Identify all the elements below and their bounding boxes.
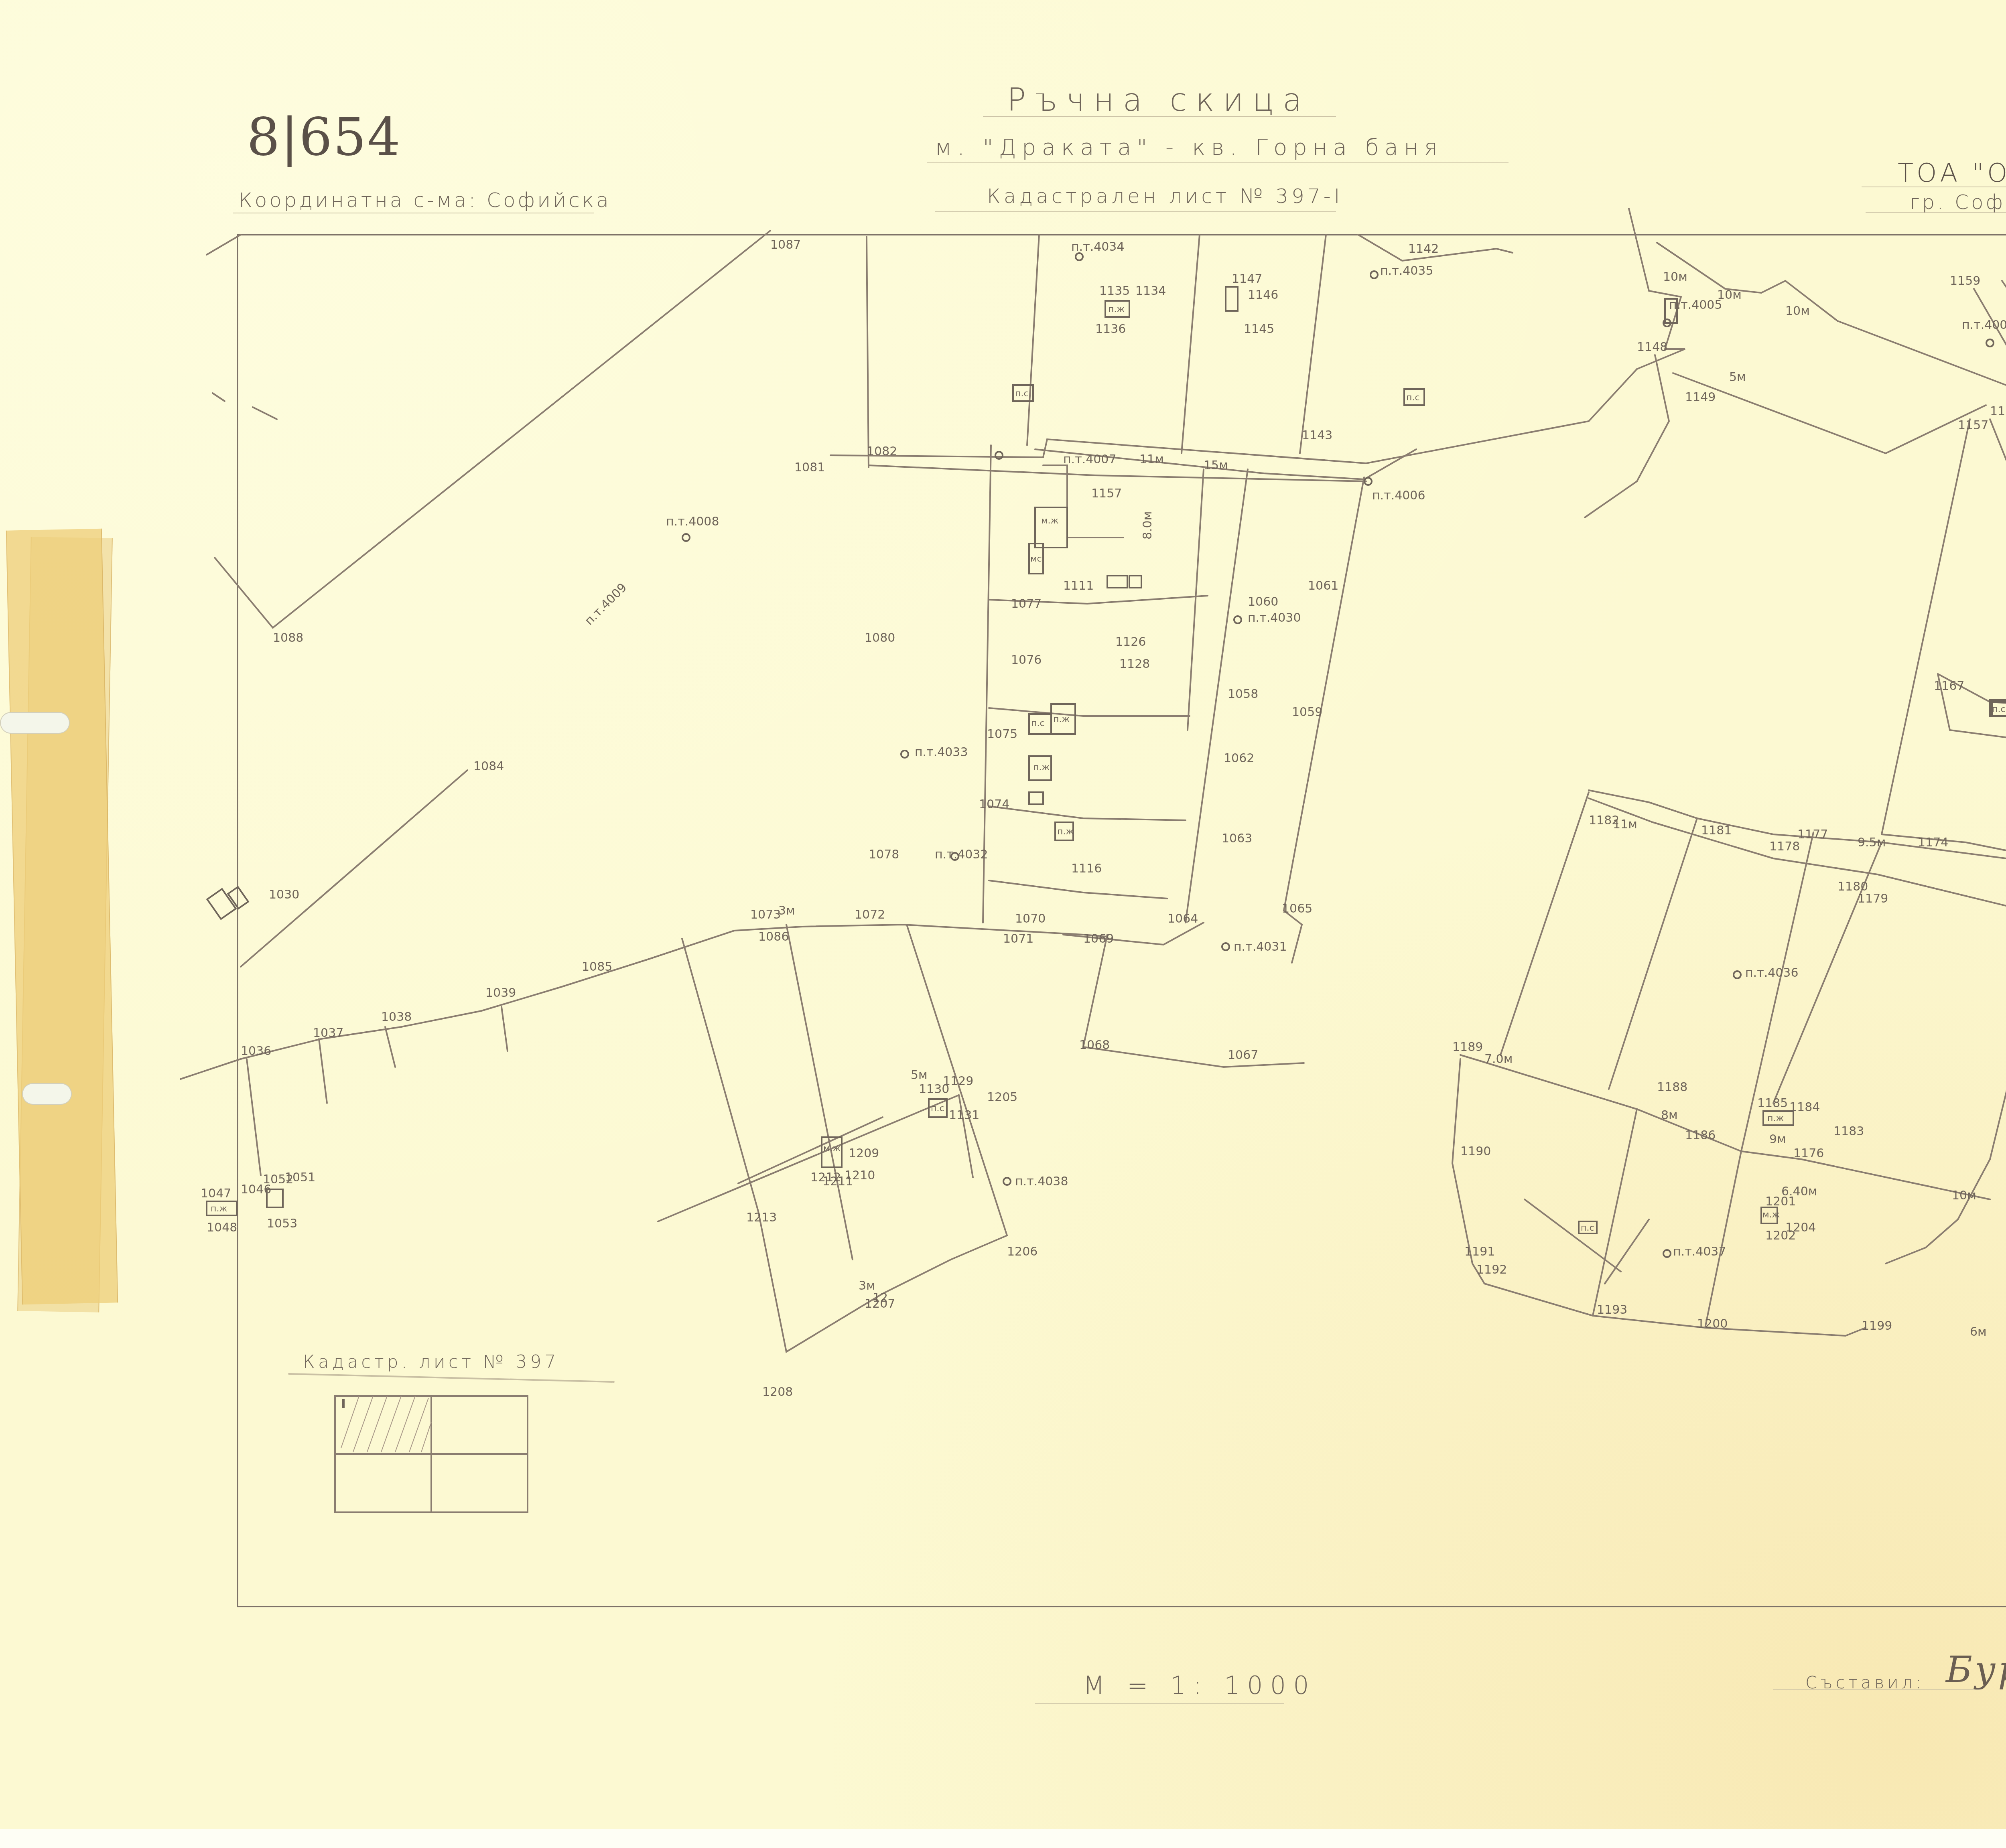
svg-text:1177: 1177 <box>1797 828 1828 842</box>
svg-text:1069: 1069 <box>1083 932 1114 946</box>
svg-text:п.с: п.с <box>1581 1223 1594 1233</box>
svg-text:1136: 1136 <box>1095 322 1126 336</box>
svg-text:10м: 10м <box>1663 270 1687 284</box>
svg-text:1156: 1156 <box>1990 404 2006 418</box>
svg-text:5м: 5м <box>911 1068 928 1082</box>
svg-text:1060: 1060 <box>1248 595 1278 609</box>
svg-text:9м: 9м <box>1769 1132 1786 1146</box>
svg-text:1178: 1178 <box>1769 840 1800 854</box>
svg-text:10м: 10м <box>1785 304 1810 318</box>
svg-text:1212: 1212 <box>810 1170 841 1185</box>
svg-text:1191: 1191 <box>1464 1245 1495 1259</box>
svg-text:п.т.4008: п.т.4008 <box>666 515 719 529</box>
svg-text:1067: 1067 <box>1228 1048 1258 1062</box>
svg-text:п.с: п.с <box>1992 704 2005 714</box>
svg-text:1084: 1084 <box>473 759 504 773</box>
svg-text:п.с: п.с <box>1031 718 1044 728</box>
svg-text:1039: 1039 <box>485 986 516 1000</box>
svg-text:1128: 1128 <box>1119 657 1150 671</box>
svg-text:1058: 1058 <box>1228 687 1258 701</box>
svg-text:1065: 1065 <box>1282 902 1312 916</box>
svg-text:10м: 10м <box>1717 288 1742 302</box>
svg-text:п.ж: п.ж <box>1033 763 1050 773</box>
building <box>1226 287 1238 311</box>
cadastral-sketch: 10871088 10811082 10841030 10361037 1038… <box>0 0 2006 1848</box>
svg-text:1076: 1076 <box>1011 653 1042 667</box>
svg-text:7.0м: 7.0м <box>1484 1052 1513 1066</box>
svg-text:1199: 1199 <box>1862 1319 1892 1333</box>
svg-text:м.ж: м.ж <box>1041 516 1059 526</box>
svg-text:1188: 1188 <box>1657 1080 1687 1094</box>
svg-text:1063: 1063 <box>1222 832 1252 846</box>
svg-text:1061: 1061 <box>1308 579 1338 593</box>
svg-text:1068: 1068 <box>1079 1038 1110 1052</box>
svg-text:п.с: п.с <box>1015 389 1028 399</box>
svg-text:1186: 1186 <box>1685 1128 1716 1142</box>
svg-text:м.ж: м.ж <box>1762 1210 1780 1220</box>
svg-text:1174: 1174 <box>1918 836 1948 850</box>
svg-text:1193: 1193 <box>1597 1303 1627 1317</box>
svg-text:11м: 11м <box>1139 452 1164 467</box>
svg-text:п.т.4033: п.т.4033 <box>915 745 968 759</box>
svg-text:1200: 1200 <box>1697 1317 1728 1331</box>
svg-text:п.т.4030: п.т.4030 <box>1248 611 1301 625</box>
svg-text:1190: 1190 <box>1460 1144 1491 1158</box>
svg-text:1059: 1059 <box>1292 705 1322 719</box>
svg-text:п.т.4007: п.т.4007 <box>1063 452 1117 467</box>
svg-text:мс: мс <box>1030 554 1042 564</box>
svg-text:1157: 1157 <box>1958 418 1988 432</box>
svg-text:I: I <box>341 1396 346 1411</box>
svg-text:1167: 1167 <box>1934 679 1964 693</box>
svg-text:1189: 1189 <box>1452 1040 1483 1054</box>
svg-text:1159: 1159 <box>1950 274 1980 288</box>
building-mzh <box>207 889 236 919</box>
svg-text:15м: 15м <box>1204 458 1228 473</box>
svg-text:1145: 1145 <box>1244 322 1274 336</box>
svg-text:1179: 1179 <box>1858 892 1888 906</box>
svg-text:п.т.4006: п.т.4006 <box>1372 489 1425 503</box>
svg-text:п.ж: п.ж <box>1057 827 1074 837</box>
svg-text:1073: 1073 <box>750 908 781 922</box>
svg-text:5м: 5м <box>1729 370 1746 384</box>
svg-text:1087: 1087 <box>770 238 801 252</box>
svg-text:1036: 1036 <box>241 1044 271 1058</box>
svg-text:1064: 1064 <box>1167 912 1198 926</box>
svg-text:1062: 1062 <box>1224 751 1254 765</box>
svg-text:1176: 1176 <box>1793 1146 1824 1160</box>
svg-text:11м: 11м <box>1613 818 1637 832</box>
svg-text:п.т.4035: п.т.4035 <box>1380 264 1433 278</box>
svg-text:1148: 1148 <box>1637 340 1667 354</box>
svg-text:1051: 1051 <box>285 1170 315 1185</box>
svg-text:1181: 1181 <box>1701 824 1732 838</box>
svg-text:1126: 1126 <box>1115 635 1146 649</box>
svg-text:п.т.4037: п.т.4037 <box>1673 1245 1726 1259</box>
svg-text:1147: 1147 <box>1232 272 1262 286</box>
svg-text:1070: 1070 <box>1015 912 1046 926</box>
road-south <box>181 925 1107 1079</box>
building-mzh <box>1035 507 1067 548</box>
svg-text:1131: 1131 <box>949 1108 979 1122</box>
svg-text:1135: 1135 <box>1099 284 1130 298</box>
svg-text:1047: 1047 <box>201 1187 231 1201</box>
svg-text:п.т.4034: п.т.4034 <box>1071 240 1125 254</box>
svg-text:8.0м: 8.0м <box>1141 511 1155 540</box>
svg-text:п.т.4009: п.т.4009 <box>582 580 629 628</box>
svg-text:м.ж: м.ж <box>823 1144 841 1154</box>
svg-text:1071: 1071 <box>1003 932 1033 946</box>
svg-text:1209: 1209 <box>849 1146 879 1160</box>
svg-text:1086: 1086 <box>758 930 789 944</box>
svg-text:1206: 1206 <box>1007 1245 1038 1259</box>
svg-text:1184: 1184 <box>1789 1100 1820 1114</box>
svg-text:1038: 1038 <box>381 1010 412 1024</box>
svg-text:1208: 1208 <box>762 1385 793 1399</box>
svg-text:п.т.4038: п.т.4038 <box>1015 1175 1068 1189</box>
svg-text:1082: 1082 <box>867 444 897 458</box>
svg-text:п.т.4036: п.т.4036 <box>1745 966 1799 980</box>
svg-text:п.т.4004: п.т.4004 <box>1962 318 2006 332</box>
scale-underline <box>1035 1703 1284 1704</box>
svg-text:1116: 1116 <box>1071 862 1102 876</box>
svg-text:1077: 1077 <box>1011 597 1042 611</box>
svg-text:1037: 1037 <box>313 1026 343 1040</box>
svg-text:8м: 8м <box>1661 1108 1678 1122</box>
svg-text:1142: 1142 <box>1408 242 1439 256</box>
svg-text:1204: 1204 <box>1785 1221 1816 1235</box>
svg-text:п.ж: п.ж <box>1108 304 1125 314</box>
signature: Бурин <box>1946 1649 2006 1691</box>
svg-text:1111: 1111 <box>1063 579 1094 593</box>
svg-text:1157: 1157 <box>1091 487 1122 501</box>
svg-text:1149: 1149 <box>1685 390 1716 404</box>
svg-text:1048: 1048 <box>207 1221 237 1235</box>
map-scale: М = 1: 1000 <box>1083 1671 1316 1700</box>
svg-text:3м: 3м <box>859 1279 875 1293</box>
svg-text:1085: 1085 <box>582 960 612 974</box>
svg-text:1143: 1143 <box>1302 428 1332 442</box>
svg-text:1081: 1081 <box>794 460 825 475</box>
svg-text:п.ж: п.ж <box>211 1204 227 1214</box>
svg-text:3м: 3м <box>778 904 795 918</box>
svg-text:1075: 1075 <box>987 727 1017 741</box>
svg-text:п.т.4005: п.т.4005 <box>1669 298 1722 312</box>
svg-text:п.с: п.с <box>931 1104 944 1114</box>
svg-text:1134: 1134 <box>1135 284 1166 298</box>
svg-text:п.ж: п.ж <box>1053 714 1070 724</box>
svg-text:1185: 1185 <box>1757 1096 1788 1110</box>
index-map-title: Кадастр. лист № 397 <box>303 1352 559 1372</box>
svg-text:1213: 1213 <box>746 1211 777 1225</box>
svg-text:1146: 1146 <box>1248 288 1278 302</box>
svg-text:п.ж: п.ж <box>1767 1114 1784 1124</box>
svg-text:1183: 1183 <box>1833 1124 1864 1138</box>
svg-text:п.с: п.с <box>1406 393 1419 403</box>
svg-text:1205: 1205 <box>987 1090 1017 1104</box>
svg-text:10м: 10м <box>1952 1189 1976 1203</box>
svg-text:п.т.4032: п.т.4032 <box>935 848 988 862</box>
svg-text:1129: 1129 <box>943 1074 973 1088</box>
svg-text:12: 12 <box>873 1291 888 1305</box>
svg-text:1078: 1078 <box>869 848 899 862</box>
svg-text:6м: 6м <box>1970 1325 1987 1339</box>
svg-text:1072: 1072 <box>855 908 885 922</box>
svg-text:1030: 1030 <box>269 888 299 902</box>
parcel-1087-1088 <box>215 231 770 628</box>
svg-text:п.т.4031: п.т.4031 <box>1234 940 1287 954</box>
svg-text:1053: 1053 <box>267 1217 297 1231</box>
svg-text:1192: 1192 <box>1476 1263 1507 1277</box>
map-frame <box>238 235 2006 1607</box>
svg-text:9.5м: 9.5м <box>1858 836 1886 850</box>
signature-underline <box>1773 1689 1982 1690</box>
svg-text:1074: 1074 <box>979 797 1009 811</box>
svg-text:6.40м: 6.40м <box>1781 1185 1817 1199</box>
svg-text:1088: 1088 <box>273 631 303 645</box>
svg-text:1080: 1080 <box>865 631 895 645</box>
